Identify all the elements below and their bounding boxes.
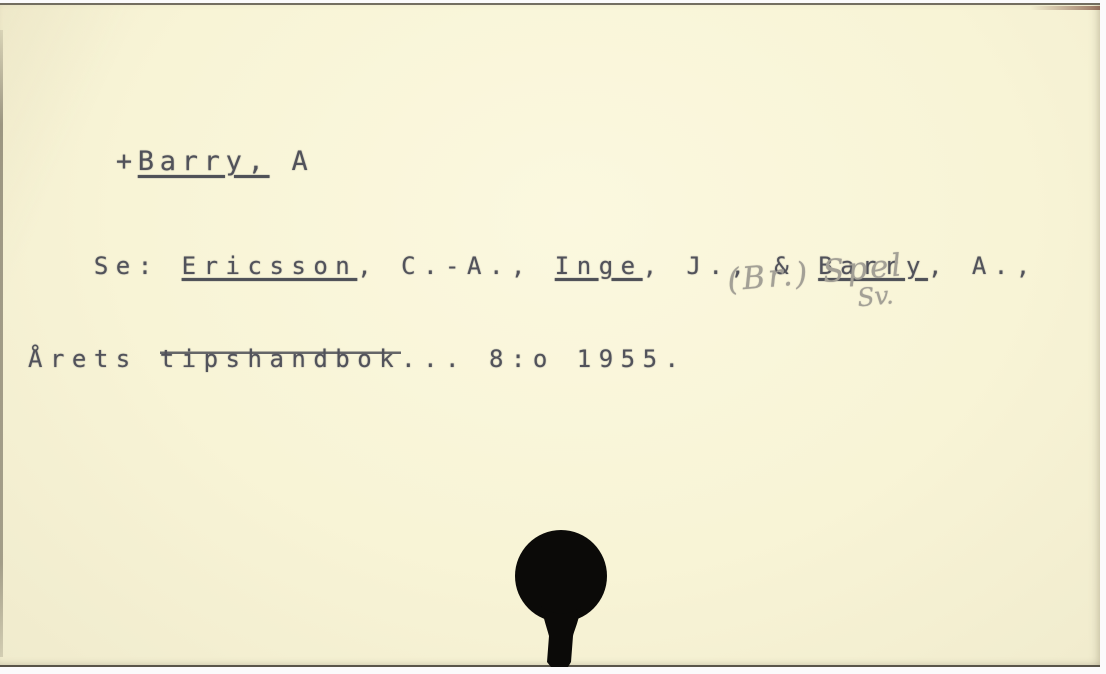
title-format-year: ... 8:o 1955. (401, 345, 686, 373)
referenced-author-ericsson: Ericsson (182, 252, 358, 280)
scanned-catalog-card-page: { "card": { "heading": { "prefix": "+", … (0, 0, 1106, 674)
hole-circle (515, 530, 607, 622)
reference-text: , C.-A., (357, 252, 555, 280)
card-left-edge-shadow (0, 30, 3, 657)
heading-space (270, 146, 292, 177)
heading-author-name: Barry, (138, 146, 270, 177)
catalog-rod-hole-punch (500, 526, 625, 667)
title-text-struck: tipshandbok (160, 345, 401, 373)
see-label: Se: (28, 252, 182, 280)
added-entry-plus-mark: + (116, 146, 138, 177)
hole-rod-slot (541, 606, 581, 667)
scan-top-edge-tint (1030, 6, 1100, 10)
heading-author-initial: A (292, 146, 314, 177)
see-reference-block: Se: Ericsson, C.-A., Inge, J., & Barry, … (28, 189, 1038, 437)
referenced-author-inge: Inge (555, 252, 643, 280)
reference-line-2: Årets tipshandbok... 8:o 1955. (28, 344, 1038, 375)
title-text-start: Årets (28, 345, 160, 373)
